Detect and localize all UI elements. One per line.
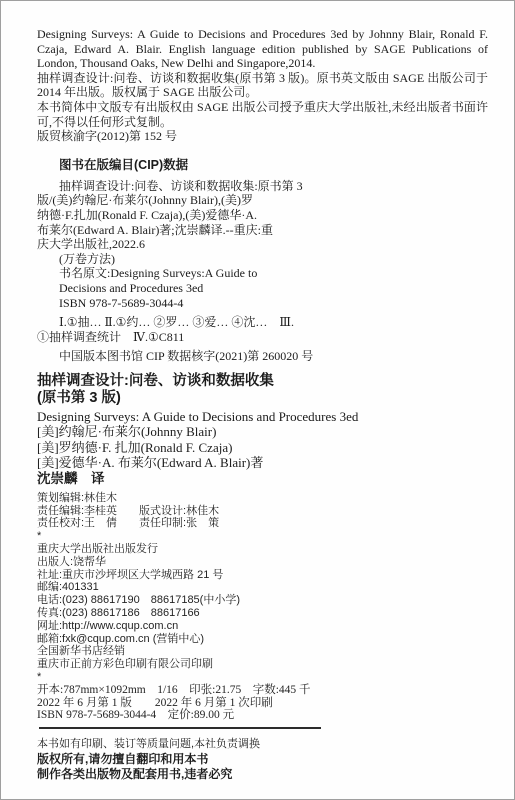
cip-line: 抽样调查设计:问卷、访谈和数据收集:原书第 3 [37,179,488,194]
cip-registry-line: 中国版本图书馆 CIP 数据核字(2021)第 260020 号 [37,349,488,364]
book-edition: (原书第 3 版) [37,390,488,408]
publisher-website-line: 网址:http://www.cqup.com.cn [37,620,488,633]
cip-series-line: (万卷方法) [37,252,488,267]
rights-warning-line: 版权所有,请勿擅自翻印和用本书 [37,752,488,767]
divider-rule [39,727,321,729]
colophon-block: 策划编辑:林佳木 责任编辑:李桂英 版式设计:林佳木 责任校对:王 倩 责任印制… [37,492,488,722]
print-run-line: 2022 年 6 月第 1 版 2022 年 6 月第 1 次印刷 [37,697,488,710]
copyright-page: Designing Surveys: A Guide to Decisions … [0,0,515,800]
title-block: 抽样调查设计:问卷、访谈和数据收集 (原书第 3 版) Designing Su… [37,373,488,487]
author-line: [美]罗纳德·F. 扎加(Ronald F. Czaja) [37,440,488,456]
license-block: Designing Surveys: A Guide to Decisions … [37,27,488,144]
cip-block: 抽样调查设计:问卷、访谈和数据收集:原书第 3 版/(美)约翰尼·布莱尔(Joh… [37,179,488,364]
chinese-copyright-notice: 抽样调查设计:问卷、访谈和数据收集(原书第 3 版)。原书英文版由 SAGE 出… [37,71,488,100]
rights-warning-line: 制作各类出版物及配套用书,违者必究 [37,767,488,782]
cip-line: 布莱尔(Edward A. Blair)著;沈崇麟译.--重庆:重 [37,223,488,238]
license-registration-number: 版贸核渝字(2012)第 152 号 [37,129,488,144]
cip-line: 版/(美)约翰尼·布莱尔(Johnny Blair),(美)罗 [37,193,488,208]
printer-line: 重庆市正前方彩色印刷有限公司印刷 [37,658,488,671]
publisher-line: 社址:重庆市沙坪坝区大学城西路 21 号 [37,569,488,582]
exchange-notice: 本书如有印刷、装订等质量问题,本社负责调换 [37,737,488,752]
cip-classification-line: ①抽样调查统计 Ⅳ.①C811 [37,330,488,345]
publisher-line: 电话:(023) 88617190 88617185(中小学) [37,594,488,607]
isbn-price-line: ISBN 978-7-5689-3044-4 定价:89.00 元 [37,709,488,722]
book-title-cn: 抽样调查设计:问卷、访谈和数据收集 [37,373,488,391]
format-spec-line: 开本:787mm×1092mm 1/16 印张:21.75 字数:445 千 [37,684,488,697]
separator-asterisk: * [37,671,488,684]
cip-original-title-line: 书名原文:Designing Surveys:A Guide to [37,266,488,281]
distribution-line: 全国新华书店经销 [37,645,488,658]
publisher-line: 传真:(023) 88617186 88617166 [37,607,488,620]
cip-line: 庆大学出版社,2022.6 [37,237,488,252]
english-copyright-notice: Designing Surveys: A Guide to Decisions … [37,27,488,71]
separator-asterisk: * [37,530,488,543]
credit-line: 责任校对:王 倩 责任印制:张 策 [37,517,488,530]
footer-notes: 本书如有印刷、装订等质量问题,本社负责调换 版权所有,请勿擅自翻印和用本书 制作… [37,737,488,782]
book-title-en: Designing Surveys: A Guide to Decisions … [37,409,488,425]
cip-isbn-line: ISBN 978-7-5689-3044-4 [37,296,488,311]
author-line: [美]爱德华·A. 布莱尔(Edward A. Blair)著 [37,455,488,471]
publisher-email-line: 邮箱:fxk@cqup.com.cn (营销中心) [37,633,488,646]
cip-header: 图书在版编目(CIP)数据 [59,158,488,173]
cip-line: 纳德·F.扎加(Ronald F. Czaja),(美)爱德华·A. [37,208,488,223]
credit-line: 策划编辑:林佳木 [37,492,488,505]
cip-classification-line: Ⅰ.①抽… Ⅱ.①约… ②罗… ③爱… ④沈… Ⅲ. [37,315,488,330]
translator-line: 沈崇麟 译 [37,471,488,487]
authorization-notice: 本书简体中文版专有出版权由 SAGE 出版公司授予重庆大学出版社,未经出版者书面… [37,100,488,129]
publisher-line: 重庆大学出版社出版发行 [37,543,488,556]
publisher-line: 出版人:饶帮华 [37,556,488,569]
author-line: [美]约翰尼·布莱尔(Johnny Blair) [37,424,488,440]
cip-original-title-line: Decisions and Procedures 3ed [37,281,488,296]
credit-line: 责任编辑:李桂英 版式设计:林佳木 [37,505,488,518]
publisher-line: 邮编:401331 [37,581,488,594]
